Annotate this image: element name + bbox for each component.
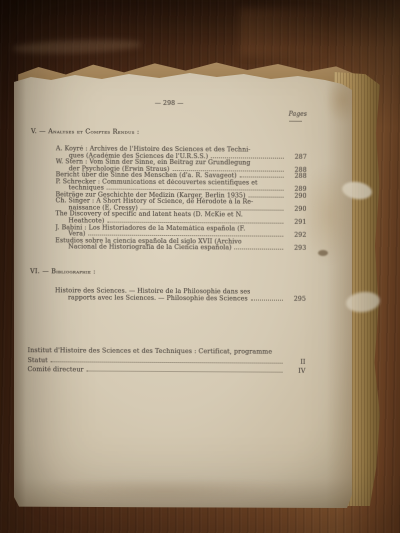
section-heading: VI. — Bibliographie : [30, 267, 306, 277]
book-photo: — 298 — Pages V. — Analyses et Comptes R… [0, 0, 400, 533]
dotted-leader [141, 209, 284, 211]
dotted-leader [51, 361, 283, 363]
folio-page-number: — 298 — [31, 99, 307, 108]
pages-column-header: Pages [289, 111, 307, 118]
toc-entries: A. Koyré : Archives de l'Histoire des Sc… [30, 145, 307, 251]
dotted-leader [235, 249, 284, 250]
dotted-leader [211, 157, 284, 158]
entry-text: Comité directeur [27, 366, 83, 373]
entry-text: Institut d'Histoire des Sciences et des … [28, 347, 273, 355]
toc-line: Nacional de Historiografía de la Ciencia… [68, 244, 306, 252]
paper-stain [300, 165, 356, 265]
toc-entries: Histoire des Sciences. — Histoire de la … [30, 287, 306, 302]
page-content: — 298 — Pages V. — Analyses et Comptes R… [29, 69, 308, 509]
book-page: — 298 — Pages V. — Analyses et Comptes R… [14, 70, 352, 508]
page-number: 295 [286, 295, 306, 302]
page-number: 288 [287, 173, 307, 180]
toc-line: Comité directeurIV [27, 366, 305, 377]
section-heading: V. — Analyses et Comptes Rendus : [31, 127, 307, 137]
entry-text: Nacional de Historiografía de la Ciencia… [68, 244, 231, 252]
page-number: 293 [286, 245, 306, 252]
page-number: II [286, 358, 306, 365]
toc-line: rapports avec les Sciences. — Philosophi… [68, 294, 306, 302]
paper-stain [40, 478, 290, 504]
footer-block: Institut d'Histoire des Sciences et des … [27, 347, 305, 377]
page-number: 287 [287, 153, 307, 160]
entry-text: rapports avec les Sciences. — Philosophi… [68, 294, 248, 302]
page-number: IV [285, 368, 305, 375]
section-bibliographie: VI. — Bibliographie : Histoire des Scien… [30, 267, 306, 302]
dotted-leader [87, 371, 283, 373]
wood-light-patch [240, 8, 330, 56]
paper-speck [318, 250, 328, 256]
section-analyses-comptes-rendus: V. — Analyses et Comptes Rendus : A. Koy… [30, 127, 307, 251]
dotted-leader [240, 177, 284, 178]
paper-stain [326, 78, 358, 122]
entry-text: Statut [28, 357, 48, 364]
dotted-leader [249, 196, 284, 197]
dotted-leader [172, 170, 283, 172]
pages-header-rule [289, 121, 302, 122]
dotted-leader [251, 299, 283, 300]
